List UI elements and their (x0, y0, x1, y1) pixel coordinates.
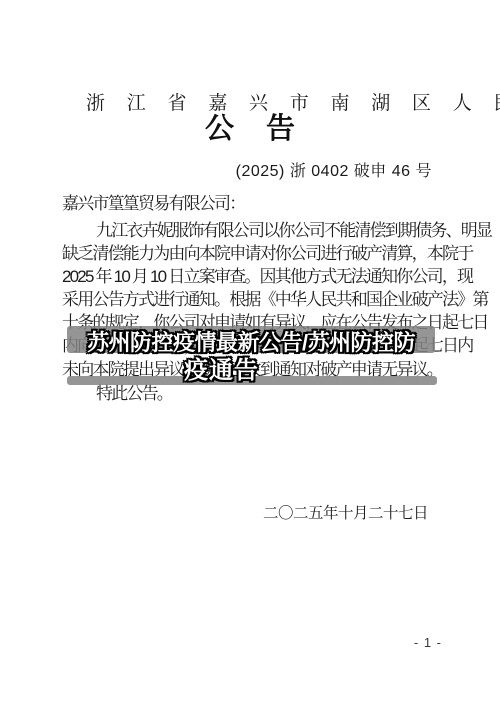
issue-date: 二〇二五年十月二十七日 (263, 501, 428, 523)
page-number: - 1 - (414, 635, 442, 650)
body-line: 2025 年 10 月 10 日立案审查。因其他方式无法通知你公司，现 (62, 262, 472, 287)
body-line: 采用公告方式进行通知。根据《中华人民共和国企业破产法》第 (62, 285, 488, 310)
addressee-line: 嘉兴市篁篁贸易有限公司： (62, 189, 244, 214)
notice-title-char-1: 公 (205, 106, 234, 147)
body-line: 九江衣卉妮服饰有限公司以你公司不能清偿到期债务、明显 (96, 216, 491, 241)
notice-title-char-2: 告 (266, 106, 295, 147)
notice-title: 公 告 (0, 106, 500, 147)
body-line: 缺乏清偿能力为由向本院申请对你公司进行破产清算，本院于 (62, 239, 472, 264)
case-number: (2025) 浙 0402 破申 46 号 (236, 158, 432, 181)
document-page: 浙 江 省 嘉 兴 市 南 湖 区 人 民 法 院 公 告 (2025) 浙 0… (0, 0, 500, 707)
overlay-title-line2: 疫通告 (184, 350, 259, 385)
